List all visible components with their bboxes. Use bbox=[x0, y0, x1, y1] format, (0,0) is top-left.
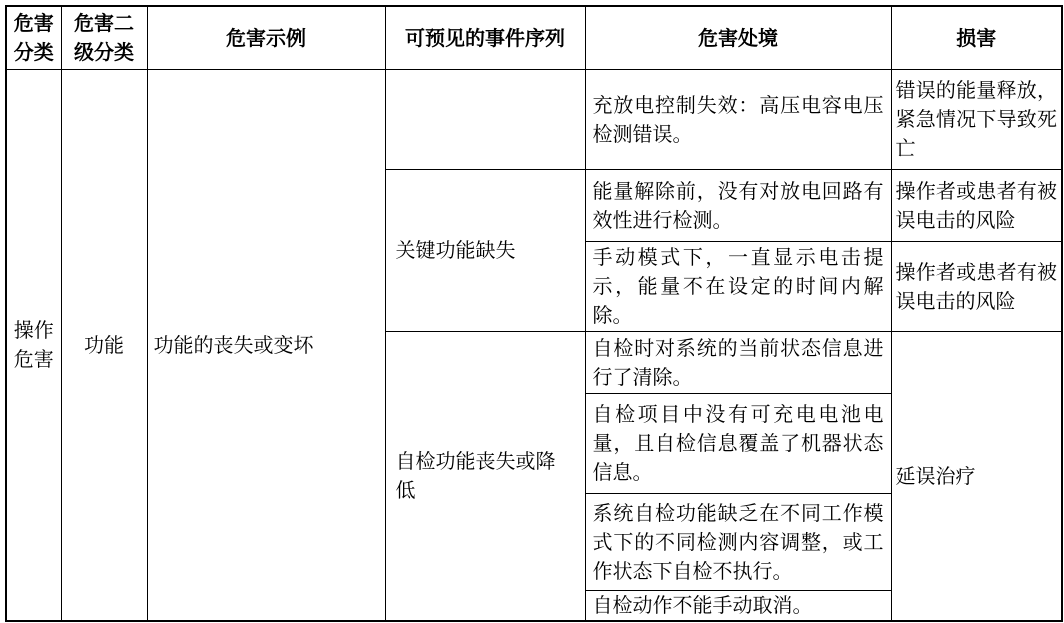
cell-situation-6: 系统自检功能缺乏在不同工作模式下的不同检测内容调整，或工作状态下自检不执行。 bbox=[585, 494, 891, 591]
header-hazard-example: 危害示例 bbox=[147, 6, 385, 70]
header-row: 危害分类 危害二级分类 危害示例 可预见的事件序列 危害处境 损害 bbox=[6, 6, 1062, 70]
cell-situation-1: 充放电控制失效：高压电容电压检测错误。 bbox=[585, 70, 891, 170]
cell-harm-3: 操作者或患者有被误电击的风险 bbox=[891, 242, 1062, 332]
header-hazard-subcategory: 危害二级分类 bbox=[61, 6, 147, 70]
cell-hazard-example: 功能的丧失或变坏 bbox=[147, 70, 385, 622]
cell-situation-4: 自检时对系统的当前状态信息进行了清除。 bbox=[585, 332, 891, 394]
cell-event-sequence-selftest-loss: 自检功能丧失或降低 bbox=[385, 332, 585, 622]
cell-hazard-category: 操作危害 bbox=[6, 70, 61, 622]
cell-event-sequence-key-function-missing: 关键功能缺失 bbox=[385, 170, 585, 332]
header-hazard-category: 危害分类 bbox=[6, 6, 61, 70]
header-hazard-situation: 危害处境 bbox=[585, 6, 891, 70]
header-event-sequence: 可预见的事件序列 bbox=[385, 6, 585, 70]
cell-situation-5: 自检项目中没有可充电电池电量，且自检信息覆盖了机器状态信息。 bbox=[585, 394, 891, 494]
document-page: 危害分类 危害二级分类 危害示例 可预见的事件序列 危害处境 损害 操作危害 功… bbox=[0, 0, 1064, 623]
hazard-analysis-table: 危害分类 危害二级分类 危害示例 可预见的事件序列 危害处境 损害 操作危害 功… bbox=[5, 5, 1063, 622]
cell-situation-2: 能量解除前，没有对放电回路有效性进行检测。 bbox=[585, 170, 891, 242]
cell-harm-1: 错误的能量释放，紧急情况下导致死亡 bbox=[891, 70, 1062, 170]
cell-situation-3: 手动模式下，一直显示电击提示，能量不在设定的时间内解除。 bbox=[585, 242, 891, 332]
cell-event-sequence-empty bbox=[385, 70, 585, 170]
cell-harm-4-7: 延误治疗 bbox=[891, 332, 1062, 622]
cell-harm-2: 操作者或患者有被误电击的风险 bbox=[891, 170, 1062, 242]
cell-situation-7: 自检动作不能手动取消。 bbox=[585, 591, 891, 622]
table-row-1: 操作危害 功能 功能的丧失或变坏 充放电控制失效：高压电容电压检测错误。 错误的… bbox=[6, 70, 1062, 170]
header-harm: 损害 bbox=[891, 6, 1062, 70]
cell-hazard-subcategory: 功能 bbox=[61, 70, 147, 622]
